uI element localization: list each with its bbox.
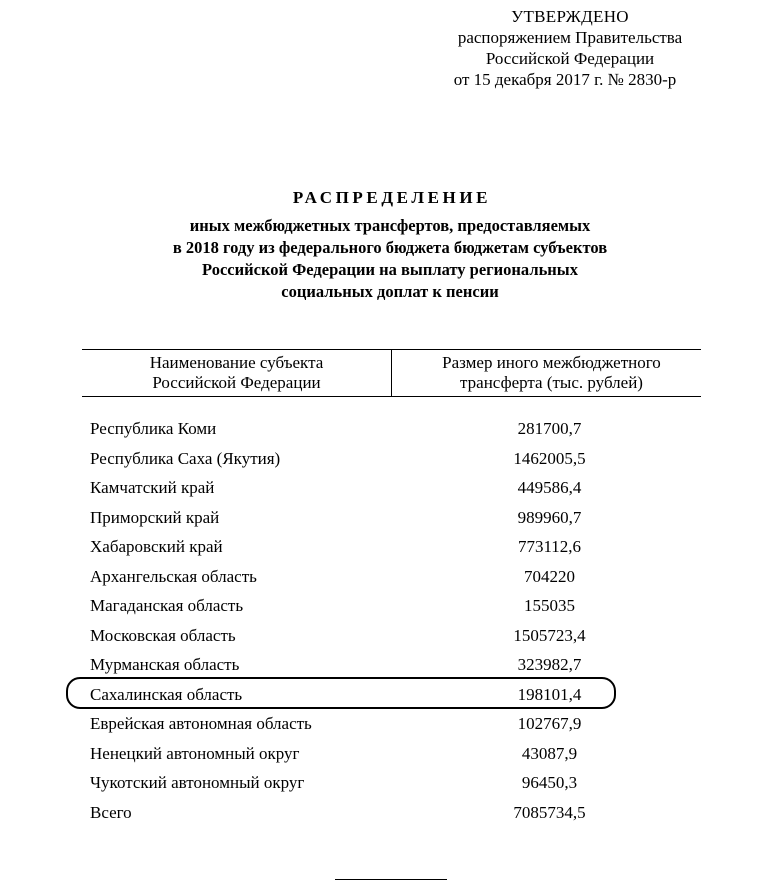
table-row: Камчатский край449586,4 [82, 473, 701, 503]
table-row-highlighted: Сахалинская область198101,4 [82, 680, 701, 710]
table-row: Московская область1505723,4 [82, 621, 701, 651]
transfer-amount: 1462005,5 [392, 444, 701, 474]
approval-line-2: Российской Федерации [420, 48, 720, 69]
transfer-amount: 7085734,5 [392, 798, 701, 828]
table-row: Республика Саха (Якутия)1462005,5 [82, 444, 701, 474]
table-row: Приморский край989960,7 [82, 503, 701, 533]
transfer-amount: 323982,7 [392, 650, 701, 680]
region-name: Чукотский автономный округ [82, 768, 392, 798]
transfer-amount: 43087,9 [392, 739, 701, 769]
end-rule-divider [335, 879, 447, 880]
table-header: Наименование субъекта Российской Федерац… [82, 349, 701, 397]
approval-line-1: распоряжением Правительства [420, 27, 720, 48]
transfer-amount: 449586,4 [392, 473, 701, 503]
transfer-amount: 989960,7 [392, 503, 701, 533]
transfer-amount: 96450,3 [392, 768, 701, 798]
region-name: Республика Саха (Якутия) [82, 444, 392, 474]
region-name: Всего [82, 798, 392, 828]
region-name: Магаданская область [82, 591, 392, 621]
table-row: Архангельская область704220 [82, 562, 701, 592]
region-name: Камчатский край [82, 473, 392, 503]
approval-stamp: УТВЕРЖДЕНО распоряжением Правительства Р… [420, 6, 720, 90]
document-subtitle-line-1: иных межбюджетных трансфертов, предостав… [80, 215, 700, 237]
column-header-region: Наименование субъекта Российской Федерац… [82, 350, 392, 396]
transfer-amount: 773112,6 [392, 532, 701, 562]
region-name: Республика Коми [82, 414, 392, 444]
region-name: Ненецкий автономный округ [82, 739, 392, 769]
transfer-amount: 281700,7 [392, 414, 701, 444]
document-title-block: РАСПРЕДЕЛЕНИЕ иных межбюджетных трансфер… [80, 187, 700, 303]
approval-status: УТВЕРЖДЕНО [420, 6, 720, 27]
region-name: Архангельская область [82, 562, 392, 592]
transfer-amount: 198101,4 [392, 680, 701, 710]
table-row: Магаданская область155035 [82, 591, 701, 621]
column-header-amount: Размер иного межбюджетного трансферта (т… [392, 350, 701, 396]
table-row: Хабаровский край773112,6 [82, 532, 701, 562]
document-subtitle-line-3: Российской Федерации на выплату регионал… [80, 259, 700, 281]
region-name: Московская область [82, 621, 392, 651]
region-name: Приморский край [82, 503, 392, 533]
table-row: Республика Коми281700,7 [82, 414, 701, 444]
table-row: Мурманская область323982,7 [82, 650, 701, 680]
transfer-amount: 102767,9 [392, 709, 701, 739]
region-name: Хабаровский край [82, 532, 392, 562]
transfer-amount: 1505723,4 [392, 621, 701, 651]
document-heading: РАСПРЕДЕЛЕНИЕ [84, 187, 700, 209]
region-name: Еврейская автономная область [82, 709, 392, 739]
table-row: Ненецкий автономный округ43087,9 [82, 739, 701, 769]
region-name: Сахалинская область [82, 680, 392, 710]
table-body: Республика Коми281700,7Республика Саха (… [82, 414, 701, 827]
transfer-amount: 155035 [392, 591, 701, 621]
transfer-amount: 704220 [392, 562, 701, 592]
approval-order-line: от 15 декабря 2017 г. № 2830-р [415, 69, 715, 90]
table-row: Чукотский автономный округ96450,3 [82, 768, 701, 798]
document-subtitle-line-4: социальных доплат к пенсии [80, 281, 700, 303]
table-row: Еврейская автономная область102767,9 [82, 709, 701, 739]
table-row: Всего7085734,5 [82, 798, 701, 828]
document-subtitle-line-2: в 2018 году из федерального бюджета бюдж… [80, 237, 700, 259]
region-name: Мурманская область [82, 650, 392, 680]
